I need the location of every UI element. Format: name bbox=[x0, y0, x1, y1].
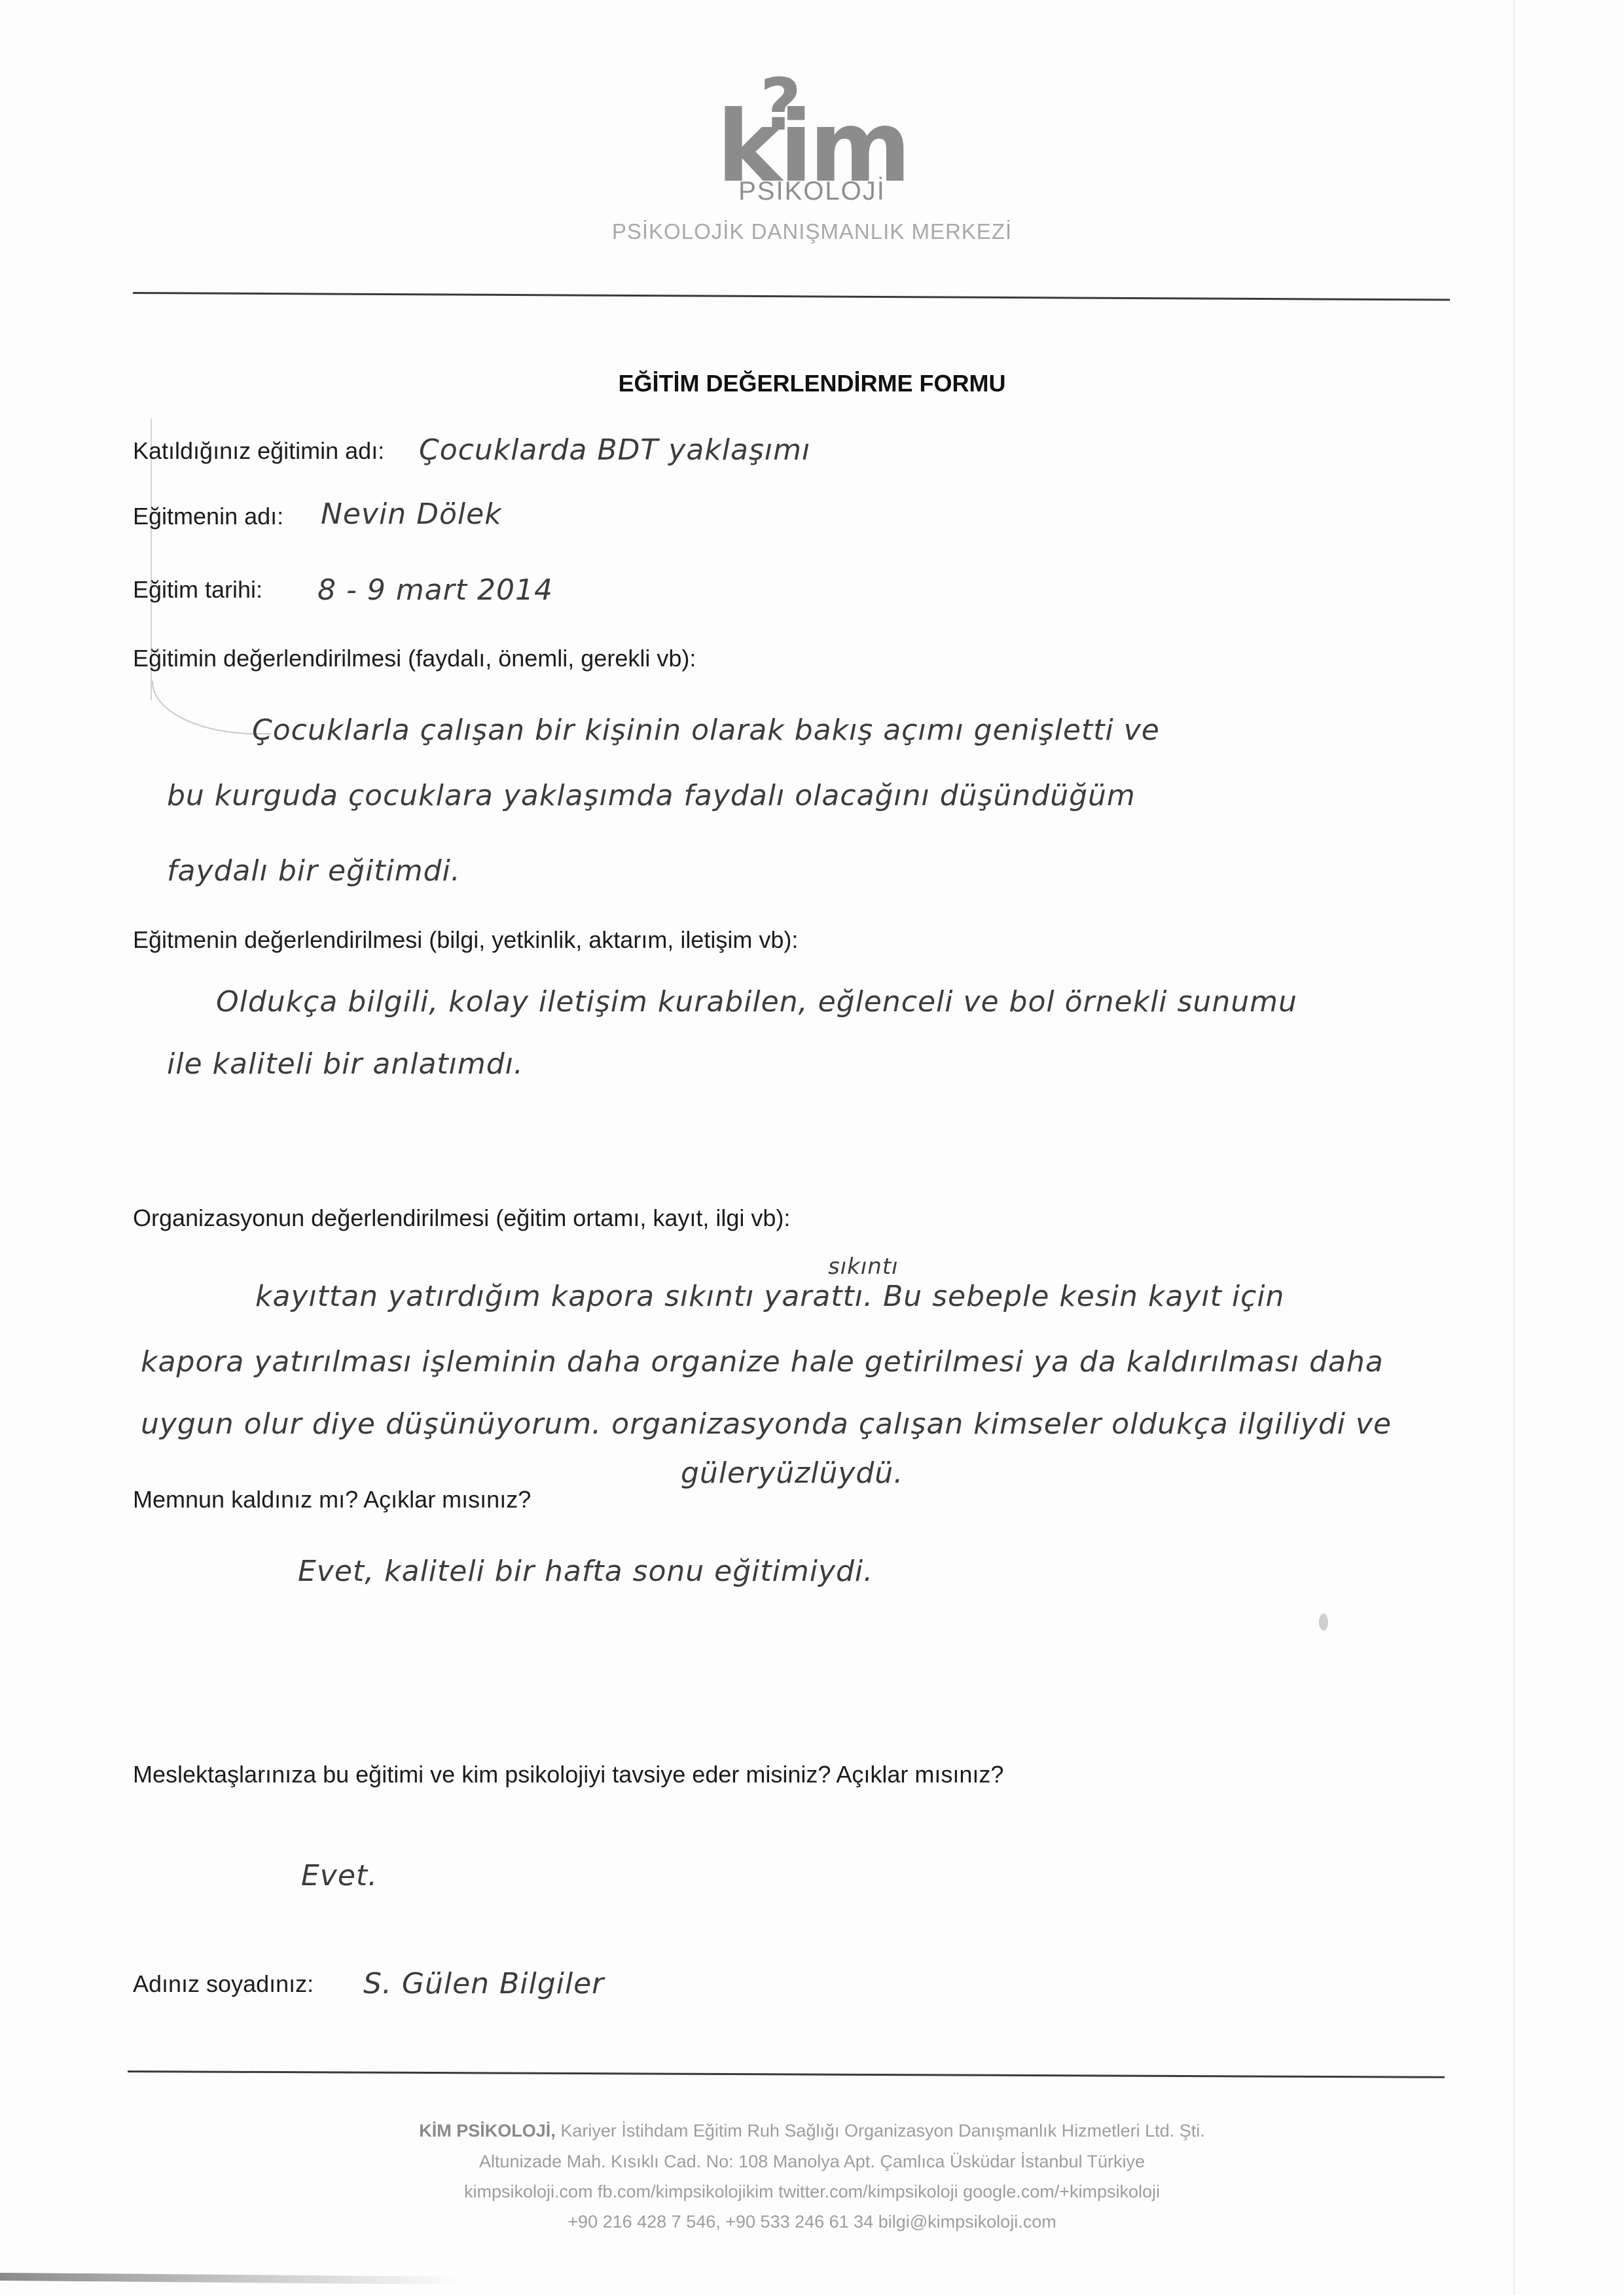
scan-smudge bbox=[1319, 1614, 1328, 1631]
trainer-evaluation-answer-line: ile kaliteli bir anlatımdı. bbox=[167, 1047, 524, 1081]
name-surname-answer: S. Gülen Bilgiler bbox=[363, 1967, 604, 2000]
training-date-answer: 8 - 9 mart 2014 bbox=[317, 573, 553, 607]
question-mark-icon: ? bbox=[760, 63, 798, 147]
satisfaction-answer: Evet, kaliteli bir hafta sonu eğitimiydi… bbox=[298, 1555, 873, 1588]
training-evaluation-answer-line: bu kurguda çocuklara yaklaşımda faydalı … bbox=[167, 779, 1136, 812]
footer-company-desc: Kariyer İstihdam Eğitim Ruh Sağlığı Orga… bbox=[556, 2121, 1205, 2141]
name-surname-label: Adınız soyadınız: bbox=[133, 1970, 314, 1998]
training-evaluation-answer-line: Çocuklarla çalışan bir kişinin olarak ba… bbox=[252, 714, 1160, 747]
training-evaluation-answer-line: faydalı bir eğitimdi. bbox=[167, 854, 461, 888]
satisfaction-label: Memnun kaldınız mı? Açıklar mısınız? bbox=[133, 1486, 531, 1513]
organization-evaluation-label: Organizasyonun değerlendirilmesi (eğitim… bbox=[133, 1204, 790, 1232]
logo-subtitle: PSİKOLOJİ bbox=[0, 177, 1624, 206]
header-divider bbox=[133, 292, 1450, 301]
footer-company: KİM PSİKOLOJİ, Kariyer İstihdam Eğitim R… bbox=[0, 2121, 1624, 2141]
trainer-evaluation-label: Eğitmenin değerlendirilmesi (bilgi, yetk… bbox=[133, 926, 798, 954]
scan-bottom-shadow bbox=[0, 2273, 458, 2285]
footer-address: Altunizade Mah. Kısıklı Cad. No: 108 Man… bbox=[0, 2152, 1624, 2172]
footer-divider bbox=[128, 2070, 1445, 2078]
organization-evaluation-answer-line: kayıttan yatırdığım kapora sıkıntı yarat… bbox=[255, 1280, 1284, 1313]
footer-company-name: KİM PSİKOLOJİ, bbox=[419, 2121, 556, 2141]
organization-evaluation-answer-line: kapora yatırılması işleminin daha organi… bbox=[141, 1345, 1384, 1379]
organization-answer-insert: sıkıntı bbox=[828, 1254, 899, 1280]
footer-contact: +90 216 428 7 546, +90 533 246 61 34 bil… bbox=[0, 2212, 1624, 2232]
training-evaluation-label: Eğitimin değerlendirilmesi (faydalı, öne… bbox=[133, 645, 696, 672]
logo-tagline: PSİKOLOJİK DANIŞMANLIK MERKEZİ bbox=[0, 219, 1624, 244]
trainer-evaluation-answer-line: Oldukça bilgili, kolay iletişim kurabile… bbox=[216, 985, 1297, 1019]
form-title: EĞİTİM DEĞERLENDİRME FORMU bbox=[0, 370, 1624, 397]
trainer-name-label: Eğitmenin adı: bbox=[133, 503, 283, 530]
recommendation-label: Meslektaşlarınıza bu eğitimi ve kim psik… bbox=[133, 1761, 1003, 1788]
training-date-label: Eğitim tarihi: bbox=[133, 576, 262, 604]
organization-evaluation-answer-line: güleryüzlüydü. bbox=[681, 1456, 903, 1490]
organization-evaluation-answer-line: uygun olur diye düşünüyorum. organizasyo… bbox=[141, 1407, 1392, 1441]
page-edge bbox=[1513, 0, 1515, 2295]
footer-links: kimpsikoloji.com fb.com/kimpsikolojikim … bbox=[0, 2182, 1624, 2202]
recommendation-answer: Evet. bbox=[301, 1859, 378, 1892]
training-name-label: Katıldığınız eğitimin adı: bbox=[133, 437, 384, 465]
trainer-name-answer: Nevin Dölek bbox=[321, 497, 502, 531]
training-name-answer: Çocuklarda BDT yaklaşımı bbox=[419, 433, 810, 467]
